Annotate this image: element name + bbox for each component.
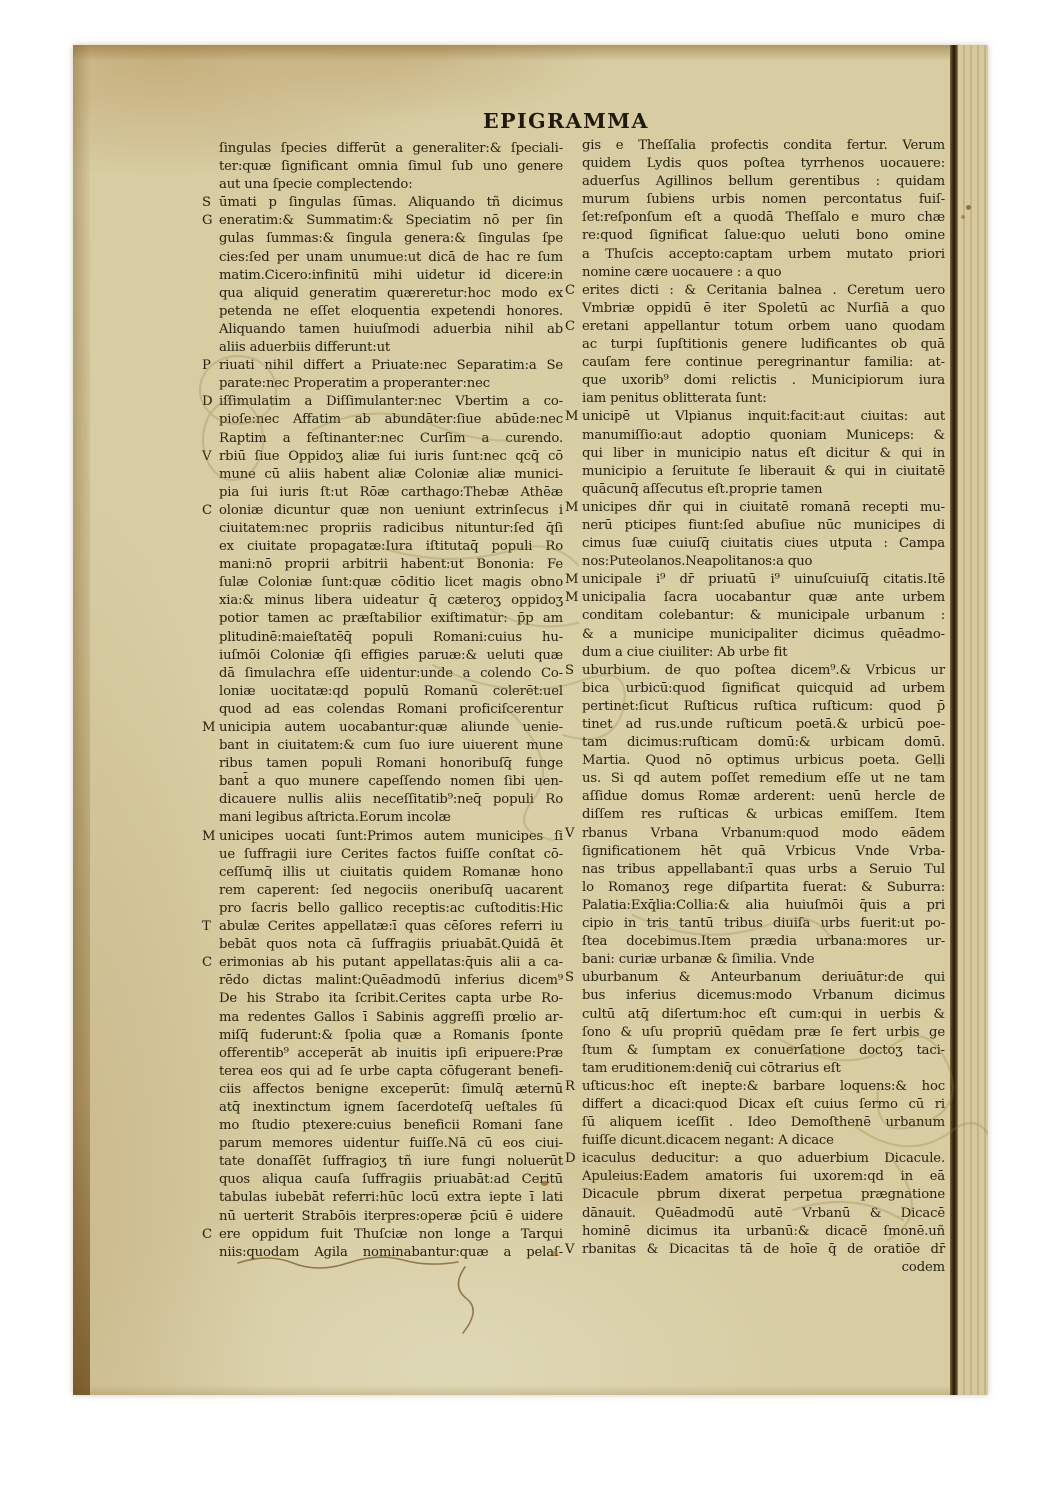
text-line: lo Romanoʒ rege diſpartita fuerat: & Sub… xyxy=(582,879,945,897)
line-text: aliis aduerbiis differunt:ut xyxy=(219,340,390,355)
line-text: tinet ad rus.unde ruſticum poetā.& urbic… xyxy=(582,717,945,732)
margin-initial: R xyxy=(565,1078,581,1096)
line-text: petenda ne eſſet eloquentia expetendi ho… xyxy=(219,304,563,319)
text-line: cies:ſed per unam unumue:ut dicā de hac … xyxy=(219,249,563,267)
line-text: ſulæ Coloniæ ſunt:quæ cōditio licet magi… xyxy=(219,575,563,590)
line-text: ter:quæ ſignificant omnia ſimul ſub uno … xyxy=(219,159,563,174)
line-text: bus inferius dicemus:modo Vrbanum dicimu… xyxy=(582,988,945,1003)
line-text: hominē dicimus ita urbanū:& dicacē ſmonē… xyxy=(582,1224,945,1239)
text-line: xia:& minus libera uideatur q̄ cæteroʒ o… xyxy=(219,592,563,610)
text-line: Vrbiū ſiue Oppidoʒ aliæ ſui iuris ſunt:n… xyxy=(219,448,563,466)
text-line: Vmbriæ oppidū ē iter Spoletū ac Nurſiā a… xyxy=(582,300,945,318)
text-line: atq̄ inextinctum ignem ſacerdoteſq̄ ueſt… xyxy=(219,1099,563,1117)
paper-stain xyxy=(935,763,941,767)
line-text: rbiū ſiue Oppidoʒ aliæ ſui iuris ſunt:ne… xyxy=(219,449,563,464)
line-text: uburbium. de quo poſtea dicem⁹.& Vrbicus… xyxy=(582,663,945,678)
line-text: Raptim a feſtinanter:nec Curſim a curend… xyxy=(219,431,563,446)
text-line: fuiſſe dicunt.dicacem negant: A dicace xyxy=(582,1132,945,1150)
paper-stain xyxy=(966,205,971,210)
text-line: ribus tamen populi Romani honoribuſq̄ fu… xyxy=(219,755,563,773)
line-text: potior tamen ac præſtabilior exiſtimatur… xyxy=(219,611,563,626)
line-text: tate donaſſēt ſuffragioʒ tñ iure fungi n… xyxy=(219,1154,563,1169)
text-column-left: ſingulas ſpecies differūt a generaliter:… xyxy=(219,140,563,1262)
margin-initial: V xyxy=(202,448,218,466)
line-text: aut una ſpecie complectendo: xyxy=(219,177,413,192)
line-text: eretani appellantur totum orbem uano quo… xyxy=(582,319,945,334)
text-line: ac turpi ſupſtitionis genere ludificante… xyxy=(582,336,945,354)
text-line: Municipē ut Vlpianus inquit:facit:aut ci… xyxy=(582,408,945,426)
text-line: De his Strabo ita ſcribit.Cerites capta … xyxy=(219,990,563,1008)
text-line: Sūmati p ſingulas ſūmas. Aliquando tñ di… xyxy=(219,194,563,212)
text-line: nas tribus appellabant:ī quas urbs a Ser… xyxy=(582,861,945,879)
line-text: plitudinē:maieſtatēq̄ populi Romani:cuiu… xyxy=(219,630,563,645)
paper-stain xyxy=(961,215,965,219)
line-text: nū uerterit Strabōis iterpres:operæ p̄ci… xyxy=(219,1209,563,1224)
margin-initial: S xyxy=(565,969,581,987)
margin-initial: V xyxy=(565,825,581,843)
text-line: ma redentes Gallos ī Sabinis aggreſſi pr… xyxy=(219,1009,563,1027)
text-line: petenda ne eſſet eloquentia expetendi ho… xyxy=(219,303,563,321)
text-line: ter:quæ ſignificant omnia ſimul ſub uno … xyxy=(219,158,563,176)
line-text: mani legibus aſtricta.Eorum incolæ xyxy=(219,810,451,825)
text-line: aliis aduerbiis differunt:ut xyxy=(219,339,563,357)
line-text: rbanus Vrbana Vrbanum:quod modo eādem xyxy=(582,826,945,841)
line-text: bebāt quos nota cā ſuffragiis priuabāt.Q… xyxy=(219,937,563,952)
text-line: bus inferius dicemus:modo Vrbanum dicimu… xyxy=(582,987,945,1005)
text-line: niis:quodam Agila nominabantur:quæ a pel… xyxy=(219,1244,563,1262)
text-line: ſignificationem hēt quā Vrbicus Vnde Vrb… xyxy=(582,843,945,861)
line-text: quidem Lydis quos poſtea tyrrhenos uocau… xyxy=(582,156,945,171)
text-line: nerū pticipes fiunt:ſed abuſiue nūc muni… xyxy=(582,517,945,535)
text-line: Apuleius:Eadem amatoris ſui uxorem:qd in… xyxy=(582,1168,945,1186)
line-text: ſignificationem hēt quā Vrbicus Vnde Vrb… xyxy=(582,844,945,859)
line-text: ma redentes Gallos ī Sabinis aggreſſi pr… xyxy=(219,1010,563,1025)
text-line: parum memores uidentur fuiſſe.Nā cū eos … xyxy=(219,1135,563,1153)
line-text: erites dicti : & Ceritania balnea . Cere… xyxy=(582,283,945,298)
text-line: ſulæ Coloniæ ſunt:quæ cōditio licet magi… xyxy=(219,574,563,592)
text-line: Martia. Quod nō optimus urbicus poeta. G… xyxy=(582,752,945,770)
text-line: Priuati nihil differt a Priuate:nec Sepa… xyxy=(219,357,563,375)
text-line: Municipes uocati ſunt:Primos autem munic… xyxy=(219,828,563,846)
line-text: dānauit. Quēadmodū autē Vrbanū & Dicacē xyxy=(582,1206,945,1221)
line-text: loniæ uocitatæ:qd populū Romanū colerēt:… xyxy=(219,684,563,699)
text-line: dānauit. Quēadmodū autē Vrbanū & Dicacē xyxy=(582,1205,945,1223)
line-text: cauſam fere continue peregrinantur famil… xyxy=(582,355,945,370)
margin-initial: C xyxy=(565,282,581,300)
line-text: parum memores uidentur fuiſſe.Nā cū eos … xyxy=(219,1136,563,1151)
line-text: re:quod ſignificat ſalue:quo ueluti bono… xyxy=(582,228,945,243)
book-page: EPIGRAMMA ſingulas ſpecies differūt a ge… xyxy=(73,45,988,1395)
fore-edge-pages xyxy=(957,45,988,1395)
text-line: & a municipe municipaliter dicimus quēad… xyxy=(582,626,945,644)
text-line: mo ſtudio ptexere:cuius beneficii Romani… xyxy=(219,1117,563,1135)
line-text: municipio a ſeruitute ſe liberauit & qui… xyxy=(582,464,945,479)
line-text: diſſem res ruſticas & urbicas emiſſem. I… xyxy=(582,807,945,822)
text-line: ex ciuitate propagatæ:Iura iſtitutaq̄ po… xyxy=(219,538,563,556)
text-line: parate:nec Properatim a properanter:nec xyxy=(219,375,563,393)
line-text: unicipes uocati ſunt:Primos autem munici… xyxy=(219,829,563,844)
line-text: nomine cære uocauere : a quo xyxy=(582,265,781,280)
text-line: Cerites dicti : & Ceritania balnea . Cer… xyxy=(582,282,945,300)
text-line: Palatia:Exq̄lia:Collia:& alia huiuſmōi q… xyxy=(582,897,945,915)
text-line: quos aliqua cauſa ſuffragiis priuabāt:ad… xyxy=(219,1171,563,1189)
paper-stain xyxy=(541,1181,548,1186)
text-line: rēdo dictas malint:Quēadmodū inferius di… xyxy=(219,972,563,990)
text-line: Tabulæ Cerites appellatæ:ī quas cēſores … xyxy=(219,918,563,936)
text-line: Suburbium. de quo poſtea dicem⁹.& Vrbicu… xyxy=(582,662,945,680)
text-line: ſtum & ſumptam ex conuerſatione doctoʒ t… xyxy=(582,1042,945,1060)
text-line: bant̄ a quo munere capeſſendo nomen ſibi… xyxy=(219,773,563,791)
text-line: tam eruditionem:deniq̄ cui cōtrarius eſt xyxy=(582,1060,945,1078)
text-line: cipio in tris tantū tribus diuiſa urbs f… xyxy=(582,915,945,933)
text-line: qui liber in municipio natus eſt dicitur… xyxy=(582,445,945,463)
text-line: ciuitatem:nec propriis radicibus nituntu… xyxy=(219,520,563,538)
line-text: qua aliquid generatim quæreretur:hoc mod… xyxy=(219,286,563,301)
text-line: dicauere nullis aliis neceſſitatib⁹:neq̄… xyxy=(219,791,563,809)
line-text: codem xyxy=(902,1260,945,1275)
line-text: aduerſus Agillinos bellum gerentibus : q… xyxy=(582,174,945,189)
line-text: matim.Cicero:infinitū mihi uidetur id di… xyxy=(219,268,563,283)
text-line: mani legibus aſtricta.Eorum incolæ xyxy=(219,809,563,827)
text-line: pro ſacris bello gallico receptis:ac cuſ… xyxy=(219,900,563,918)
text-line: quod ad eas colendas Romani proficiſcere… xyxy=(219,701,563,719)
margin-initial: M xyxy=(565,408,581,426)
text-line: bant in ciuitatem:& cum ſuo iure uiueren… xyxy=(219,737,563,755)
text-line: Generatim:& Summatim:& Speciatim nō per … xyxy=(219,212,563,230)
text-line: cauſam fere continue peregrinantur famil… xyxy=(582,354,945,372)
line-text: ceſſumq̄ illis ut ciuitatis quidem Roman… xyxy=(219,865,563,880)
text-line: aut una ſpecie complectendo: xyxy=(219,176,563,194)
line-text: niis:quodam Agila nominabantur:quæ a pel… xyxy=(219,1245,563,1260)
margin-initial: G xyxy=(202,212,218,230)
text-line: matim.Cicero:infinitū mihi uidetur id di… xyxy=(219,267,563,285)
text-line: Coloniæ dicuntur quæ non ueniunt extrinſ… xyxy=(219,502,563,520)
line-text: quos aliqua cauſa ſuffragiis priuabāt:ad… xyxy=(219,1172,563,1187)
line-text: nas tribus appellabant:ī quas urbs a Ser… xyxy=(582,862,945,877)
line-text: mune cū aliis habent aliæ Coloniæ aliæ m… xyxy=(219,467,563,482)
text-line: plitudinē:maieſtatēq̄ populi Romani:cuiu… xyxy=(219,629,563,647)
margin-initial: D xyxy=(565,1150,581,1168)
text-line: a Thuſcis accepto:captam urbem mutato pr… xyxy=(582,246,945,264)
text-line: diſſem res ruſticas & urbicas emiſſem. I… xyxy=(582,806,945,824)
line-text: xia:& minus libera uideatur q̄ cæteroʒ o… xyxy=(219,593,563,608)
line-text: Martia. Quod nō optimus urbicus poeta. G… xyxy=(582,753,945,768)
paper-stain xyxy=(552,1251,558,1256)
paper-stain xyxy=(788,1046,794,1051)
line-text: terea eos qui ad ſe urbe capta cōfugeran… xyxy=(219,1064,563,1079)
line-text: ac turpi ſupſtitionis genere ludificante… xyxy=(582,337,945,352)
line-text: unicipes dñr qui in ciuitatē romanā rece… xyxy=(582,500,945,515)
line-text: fuiſſe dicunt.dicacem negant: A dicace xyxy=(582,1133,834,1148)
text-line: gulas ſummas:& ſingula genera:& ſingulas… xyxy=(219,230,563,248)
text-line: ceſſumq̄ illis ut ciuitatis quidem Roman… xyxy=(219,864,563,882)
text-line: tinet ad rus.unde ruſticum poetā.& urbic… xyxy=(582,716,945,734)
line-text: pro ſacris bello gallico receptis:ac cuſ… xyxy=(219,901,563,916)
text-line: gis e Theſſalia profectis condita fertur… xyxy=(582,137,945,155)
text-line: Dicacule pbrum dixerat perpetua prægnati… xyxy=(582,1186,945,1204)
line-text: atq̄ inextinctum ignem ſacerdoteſq̄ ueſt… xyxy=(219,1100,563,1115)
text-line: quidem Lydis quos poſtea tyrrhenos uocau… xyxy=(582,155,945,173)
text-line: quācunq̄ aſſecutus eſt.proprie tamen xyxy=(582,481,945,499)
line-text: dum a ciue ciuiliter: Ab urbe fit xyxy=(582,645,787,660)
text-column-right: gis e Theſſalia profectis condita fertur… xyxy=(582,137,945,1277)
margin-initial: D xyxy=(202,393,218,411)
scan-background: EPIGRAMMA ſingulas ſpecies differūt a ge… xyxy=(0,0,1060,1500)
line-text: cultū atq̄ diſertum:hoc eſt cum:qui in u… xyxy=(582,1007,945,1022)
text-line: tate donaſſēt ſuffragioʒ tñ iure fungi n… xyxy=(219,1153,563,1171)
line-text: qui liber in municipio natus eſt dicitur… xyxy=(582,446,945,461)
text-line: ſet:reſponſum eſt a quodā Theſſalo e mur… xyxy=(582,209,945,227)
line-text: manumiſſio:aut adoptio quoniam Municeps:… xyxy=(582,428,945,443)
text-line: ſtea docebimus.Item prædia urbana:mores … xyxy=(582,933,945,951)
margin-initial: T xyxy=(202,918,218,936)
line-text: cipio in tris tantū tribus diuiſa urbs f… xyxy=(582,916,945,931)
line-text: aſſidue domus Romæ arderent: uenū hercle… xyxy=(582,789,945,804)
text-line: Suburbanum & Anteurbanum deriuātur:de qu… xyxy=(582,969,945,987)
text-line: bebāt quos nota cā ſuffragiis priuabāt.Q… xyxy=(219,936,563,954)
text-line: miſq̄ fuderunt:& ſpolia quæ a Romanis ſp… xyxy=(219,1027,563,1045)
text-line: Dicaculus deducitur: a quo aduerbium Dic… xyxy=(582,1150,945,1168)
text-line: codem xyxy=(582,1259,945,1277)
text-line: Vrbanus Vrbana Vrbanum:quod modo eādem xyxy=(582,825,945,843)
text-line: aſſidue domus Romæ arderent: uenū hercle… xyxy=(582,788,945,806)
line-text: tam eruditionem:deniq̄ cui cōtrarius eſt xyxy=(582,1061,841,1076)
line-text: us. Si qd autem poſſet remedium eſſe ut … xyxy=(582,771,945,786)
text-line: ſū aliquem iceſſit . Ideo Demoſthenē urb… xyxy=(582,1114,945,1132)
text-line: Vrbanitas & Dicacitas tā de hoīe q̄ de o… xyxy=(582,1241,945,1259)
line-text: offerentib⁹ acceperāt ab inuitis ipſi er… xyxy=(219,1046,563,1061)
line-text: gulas ſummas:& ſingula genera:& ſingulas… xyxy=(219,231,563,246)
text-line: ſingulas ſpecies differūt a generaliter:… xyxy=(219,140,563,158)
line-text: lo Romanoʒ rege diſpartita fuerat: & Sub… xyxy=(582,880,945,895)
text-line: Municipia autem uocabantur:quæ aliunde u… xyxy=(219,719,563,737)
line-text: dā ſimulachra eſſe uidentur:unde a colen… xyxy=(219,666,563,681)
text-line: nos:Puteolanos.Neapolitanos:a quo xyxy=(582,553,945,571)
text-line: rem caperent: ſed negociis oneribuſq̄ ua… xyxy=(219,882,563,900)
line-text: miſq̄ fuderunt:& ſpolia quæ a Romanis ſp… xyxy=(219,1028,563,1043)
margin-initial: P xyxy=(202,357,218,375)
line-text: cies:ſed per unam unumue:ut dicā de hac … xyxy=(219,250,563,265)
margin-initial: S xyxy=(202,194,218,212)
page-heading: EPIGRAMMA xyxy=(483,109,649,133)
line-text: conditam colebantur: & municipale urbanu… xyxy=(582,608,945,623)
text-line: dā ſimulachra eſſe uidentur:unde a colen… xyxy=(219,665,563,683)
text-line: pioſe:nec Affatim ab abundāter:ſiue abūd… xyxy=(219,411,563,429)
line-text: iam penitus oblitterata ſunt: xyxy=(582,391,767,406)
text-line: Ruſticus:hoc eſt inepte:& barbare loquen… xyxy=(582,1078,945,1096)
line-text: ere oppidum fuit Thuſciæ non longe a Tar… xyxy=(219,1227,563,1242)
line-text: uſticus:hoc eſt inepte:& barbare loquens… xyxy=(582,1079,945,1094)
line-text: De his Strabo ita ſcribit.Cerites capta … xyxy=(219,991,563,1006)
text-line: re:quod ſignificat ſalue:quo ueluti bono… xyxy=(582,227,945,245)
line-text: ūmati p ſingulas ſūmas. Aliquando tñ dic… xyxy=(219,195,563,210)
line-text: dicauere nullis aliis neceſſitatib⁹:neq̄… xyxy=(219,792,563,807)
line-text: pia ſui iuris ſt:ut Rōæ carthago:Thebæ A… xyxy=(219,485,563,500)
line-text: ribus tamen populi Romani honoribuſq̄ fu… xyxy=(219,756,563,771)
line-text: rem caperent: ſed negociis oneribuſq̄ ua… xyxy=(219,883,563,898)
line-text: que uxorib⁹ domi relictis . Municipiorum… xyxy=(582,373,945,388)
text-line: Cerimonias ab his putant appellatas:q̄ui… xyxy=(219,954,563,972)
margin-initial: M xyxy=(565,571,581,589)
text-line: ue ſuffragii iure Cerites factos fuiſſe … xyxy=(219,846,563,864)
line-text: unicipē ut Vlpianus inquit:facit:aut ciu… xyxy=(582,409,945,424)
margin-initial: C xyxy=(202,502,218,520)
line-text: Dicacule pbrum dixerat perpetua prægnati… xyxy=(582,1187,945,1202)
margin-initial: M xyxy=(565,499,581,517)
line-text: uburbanum & Anteurbanum deriuātur:de qui xyxy=(582,970,945,985)
line-text: mo ſtudio ptexere:cuius beneficii Romani… xyxy=(219,1118,563,1133)
text-line: Municipalia ſacra uocabantur quæ ante ur… xyxy=(582,589,945,607)
line-text: ſū aliquem iceſſit . Ideo Demoſthenē urb… xyxy=(582,1115,945,1130)
text-line: tabulas iubebāt referri:hūc locū extra i… xyxy=(219,1189,563,1207)
line-text: cimus ſuæ cuiuſq̄ ciuitatis ciues utputa… xyxy=(582,536,945,551)
line-text: Apuleius:Eadem amatoris ſui uxorem:qd in… xyxy=(582,1169,945,1184)
line-text: a Thuſcis accepto:captam urbem mutato pr… xyxy=(582,247,945,262)
binding-gutter-shadow xyxy=(950,45,957,1395)
text-line: bani: curiæ urbanæ & ſimilia. Vnde xyxy=(582,951,945,969)
text-line: conditam colebantur: & municipale urbanu… xyxy=(582,607,945,625)
line-text: oloniæ dicuntur quæ non ueniunt extrinſe… xyxy=(219,503,563,518)
margin-initial: M xyxy=(565,589,581,607)
line-text: murum ſubiens urbis nomen percontatus fu… xyxy=(582,192,945,207)
text-line: terea eos qui ad ſe urbe capta cōfugeran… xyxy=(219,1063,563,1081)
margin-initial: C xyxy=(565,318,581,336)
line-text: iuſmōi Coloniæ q̄ſi effigies paruæ:& uel… xyxy=(219,648,563,663)
text-line: ſono & uſu propriū quēdam præ ſe fert ur… xyxy=(582,1024,945,1042)
line-text: ſono & uſu propriū quēdam præ ſe fert ur… xyxy=(582,1025,945,1040)
line-text: rbanitas & Dicacitas tā de hoīe q̄ de or… xyxy=(582,1242,945,1257)
text-line: tam dicimus:ruſticam domū:& urbicam domū… xyxy=(582,734,945,752)
text-line: manumiſſio:aut adoptio quoniam Municeps:… xyxy=(582,427,945,445)
text-line: cultū atq̄ diſertum:hoc eſt cum:qui in u… xyxy=(582,1006,945,1024)
line-text: erimonias ab his putant appellatas:q̄uis… xyxy=(219,955,563,970)
line-text: mani:nō proprii arbitrii habent:ut Bonon… xyxy=(219,557,563,572)
line-text: & a municipe municipaliter dicimus quēad… xyxy=(582,627,945,642)
margin-initial: V xyxy=(565,1241,581,1259)
line-text: ſtea docebimus.Item prædia urbana:mores … xyxy=(582,934,945,949)
text-line: loniæ uocitatæ:qd populū Romanū colerēt:… xyxy=(219,683,563,701)
text-line: cimus ſuæ cuiuſq̄ ciuitatis ciues utputa… xyxy=(582,535,945,553)
text-line: potior tamen ac præſtabilior exiſtimatur… xyxy=(219,610,563,628)
text-line: municipio a ſeruitute ſe liberauit & qui… xyxy=(582,463,945,481)
line-text: eneratim:& Summatim:& Speciatim nō per ſ… xyxy=(219,213,563,228)
line-text: ſingulas ſpecies differūt a generaliter:… xyxy=(219,141,563,156)
text-line: mune cū aliis habent aliæ Coloniæ aliæ m… xyxy=(219,466,563,484)
text-line: pertinet:ſicut Ruſticus ruſtica ruſticum… xyxy=(582,698,945,716)
line-text: ciis affectos benigne exceperūt: ſimulq̄… xyxy=(219,1082,563,1097)
margin-initial: C xyxy=(202,954,218,972)
margin-initial: M xyxy=(202,719,218,737)
line-text: bant̄ a quo munere capeſſendo nomen ſibi… xyxy=(219,774,563,789)
line-text: nos:Puteolanos.Neapolitanos:a quo xyxy=(582,554,812,569)
text-line: mani:nō proprii arbitrii habent:ut Bonon… xyxy=(219,556,563,574)
text-line: Raptim a feſtinanter:nec Curſim a curend… xyxy=(219,430,563,448)
line-text: pioſe:nec Affatim ab abundāter:ſiue abūd… xyxy=(219,412,563,427)
line-text: riuati nihil differt a Priuate:nec Separ… xyxy=(219,358,563,373)
text-line: Cere oppidum fuit Thuſciæ non longe a Ta… xyxy=(219,1226,563,1244)
text-line: us. Si qd autem poſſet remedium eſſe ut … xyxy=(582,770,945,788)
line-text: tabulas iubebāt referri:hūc locū extra i… xyxy=(219,1190,563,1205)
text-line: nomine cære uocauere : a quo xyxy=(582,264,945,282)
line-text: ex ciuitate propagatæ:Iura iſtitutaq̄ po… xyxy=(219,539,563,554)
text-line: Aliquando tamen huiuſmodi aduerbia nihil… xyxy=(219,321,563,339)
text-line: nū uerterit Strabōis iterpres:operæ p̄ci… xyxy=(219,1208,563,1226)
line-text: bica urbicū:quod ſignificat quicquid ad … xyxy=(582,681,945,696)
text-line: pia ſui iuris ſt:ut Rōæ carthago:Thebæ A… xyxy=(219,484,563,502)
text-line: iam penitus oblitterata ſunt: xyxy=(582,390,945,408)
line-text: Vmbriæ oppidū ē iter Spoletū ac Nurſiā a… xyxy=(582,301,945,316)
line-text: icaculus deducitur: a quo aduerbium Dica… xyxy=(582,1151,945,1166)
line-text: bani: curiæ urbanæ & ſimilia. Vnde xyxy=(582,952,814,967)
line-text: quod ad eas colendas Romani proficiſcere… xyxy=(219,702,563,717)
text-line: Municipale i⁹ dr̄ priuatū i⁹ uinuſcuiuſq… xyxy=(582,571,945,589)
line-text: iſſimulatim a Diſſimulanter:nec Vbertim … xyxy=(219,394,563,409)
line-text: nerū pticipes fiunt:ſed abuſiue nūc muni… xyxy=(582,518,945,533)
margin-initial: S xyxy=(565,662,581,680)
line-text: rēdo dictas malint:Quēadmodū inferius di… xyxy=(219,973,563,988)
line-text: differt a dicaci:quod Dicax eſt cuius ſe… xyxy=(582,1097,945,1112)
line-text: ciuitatem:nec propriis radicibus nituntu… xyxy=(219,521,563,536)
line-text: parate:nec Properatim a properanter:nec xyxy=(219,376,490,391)
line-text: unicipale i⁹ dr̄ priuatū i⁹ uinuſcuiuſq̄… xyxy=(582,572,945,587)
line-text: quācunq̄ aſſecutus eſt.proprie tamen xyxy=(582,482,822,497)
line-text: bant in ciuitatem:& cum ſuo iure uiueren… xyxy=(219,738,563,753)
line-text: ſet:reſponſum eſt a quodā Theſſalo e mur… xyxy=(582,210,945,225)
line-text: pertinet:ſicut Ruſticus ruſtica ruſticum… xyxy=(582,699,945,714)
text-line: Municipes dñr qui in ciuitatē romanā rec… xyxy=(582,499,945,517)
line-text: ue ſuffragii iure Cerites factos fuiſſe … xyxy=(219,847,563,862)
text-line: que uxorib⁹ domi relictis . Municipiorum… xyxy=(582,372,945,390)
line-text: Aliquando tamen huiuſmodi aduerbia nihil… xyxy=(219,322,563,337)
text-line: Ceretani appellantur totum orbem uano qu… xyxy=(582,318,945,336)
text-line: differt a dicaci:quod Dicax eſt cuius ſe… xyxy=(582,1096,945,1114)
text-line: offerentib⁹ acceperāt ab inuitis ipſi er… xyxy=(219,1045,563,1063)
line-text: unicipalia ſacra uocabantur quæ ante urb… xyxy=(582,590,945,605)
margin-initial: M xyxy=(202,828,218,846)
line-text: tam dicimus:ruſticam domū:& urbicam domū… xyxy=(582,735,945,750)
text-line: ciis affectos benigne exceperūt: ſimulq̄… xyxy=(219,1081,563,1099)
text-line: iuſmōi Coloniæ q̄ſi effigies paruæ:& uel… xyxy=(219,647,563,665)
line-text: Palatia:Exq̄lia:Collia:& alia huiuſmōi q… xyxy=(582,898,945,913)
line-text: gis e Theſſalia profectis condita fertur… xyxy=(582,138,945,153)
page-left-edge xyxy=(73,45,90,1395)
text-line: aduerſus Agillinos bellum gerentibus : q… xyxy=(582,173,945,191)
text-line: Diſſimulatim a Diſſimulanter:nec Vbertim… xyxy=(219,393,563,411)
line-text: abulæ Cerites appellatæ:ī quas cēſores r… xyxy=(219,919,563,934)
margin-initial: C xyxy=(202,1226,218,1244)
text-line: qua aliquid generatim quæreretur:hoc mod… xyxy=(219,285,563,303)
text-line: murum ſubiens urbis nomen percontatus fu… xyxy=(582,191,945,209)
text-line: hominē dicimus ita urbanū:& dicacē ſmonē… xyxy=(582,1223,945,1241)
line-text: unicipia autem uocabantur:quæ aliunde ue… xyxy=(219,720,563,735)
text-line: bica urbicū:quod ſignificat quicquid ad … xyxy=(582,680,945,698)
line-text: ſtum & ſumptam ex conuerſatione doctoʒ t… xyxy=(582,1043,945,1058)
text-line: dum a ciue ciuiliter: Ab urbe fit xyxy=(582,644,945,662)
